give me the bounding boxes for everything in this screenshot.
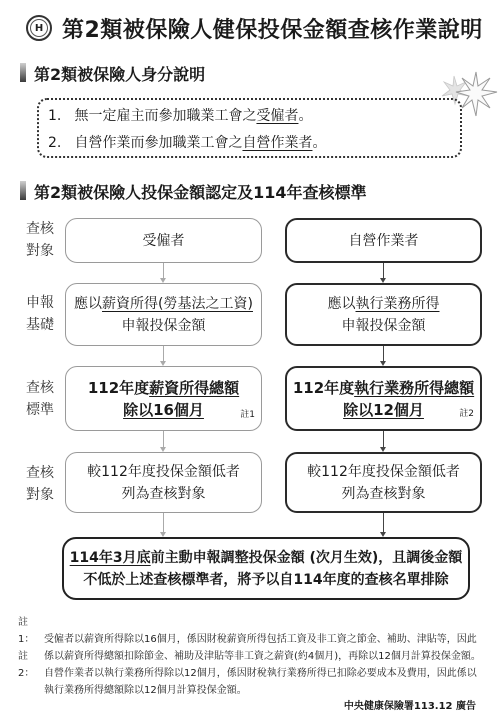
row-label-standard: 查核 標準 [26, 377, 56, 421]
arrow-down-icon [160, 361, 166, 366]
left-target-box: 受僱者 [65, 218, 262, 263]
right-target-box: 自營作業者 [285, 218, 482, 263]
flow-arrow-line [383, 263, 384, 278]
flow-arrow-line [163, 431, 164, 447]
arrow-down-icon [160, 278, 166, 283]
identity-emph-employee: 受僱者 [256, 108, 298, 124]
section-title-identity: 第2類被保險人身分說明 [34, 62, 205, 85]
identity-item-1: 1. 無一定雇主而參加職業工會之受僱者。 [48, 105, 312, 125]
flow-arrow-line [383, 346, 384, 361]
flow-arrow-line [163, 513, 164, 532]
row-label-audit: 查核 對象 [26, 462, 56, 506]
left-audit-box: 較112年度投保金額低者 列為查核對象 [65, 452, 262, 513]
arrow-down-icon [380, 447, 386, 452]
deadline-emph: 114年3月底 [70, 550, 151, 566]
arrow-down-icon [380, 278, 386, 283]
left-basis-box: 應以薪資所得(勞基法之工資) 申報投保金額 [65, 283, 262, 346]
flow-arrow-line [383, 513, 384, 532]
logo-glyph: H [30, 19, 48, 37]
publisher-credit: 中央健康保險署113.12 廣告 [344, 697, 476, 712]
flow-arrow-line [163, 346, 164, 361]
identity-item-2: 2. 自營作業而參加職業工會之自營作業者。 [48, 132, 326, 152]
arrow-down-icon [160, 447, 166, 452]
section-marker-icon [20, 63, 26, 82]
page-title: 第2類被保險人健保投保金額查核作業說明 [62, 13, 483, 44]
right-basis-box: 應以執行業務所得 申報投保金額 [285, 283, 482, 346]
right-standard-box: 112年度執行業務所得總額 除以12個月 註2 [285, 366, 482, 431]
identity-emph-self-employed: 自營作業者 [242, 135, 312, 151]
flow-arrow-line [163, 263, 164, 278]
section-marker-icon [20, 181, 26, 200]
row-label-target: 查核 對象 [26, 218, 56, 262]
arrow-down-icon [380, 361, 386, 366]
row-label-basis: 申報 基礎 [26, 292, 56, 336]
footnote-ref-1: 註1 [240, 404, 255, 426]
left-standard-box: 112年度薪資所得總額 除以16個月 註1 [65, 366, 262, 431]
nhi-logo-icon: H [26, 15, 52, 41]
footnote-2: 註2：自營作業者以執行業務所得除以12個月，係因財稅執行業務所得已扣除必要成本及… [18, 648, 488, 699]
flow-arrow-line [383, 431, 384, 447]
section-title-criteria: 第2類被保險人投保金額認定及114年查核標準 [34, 180, 367, 203]
footnote-ref-2: 註2 [459, 403, 474, 425]
right-audit-box: 較112年度投保金額低者 列為查核對象 [285, 452, 482, 513]
conclusion-box: 114年3月底前主動申報調整投保金額 (次月生效)，且調後金額 不低於上述查核標… [62, 537, 470, 600]
